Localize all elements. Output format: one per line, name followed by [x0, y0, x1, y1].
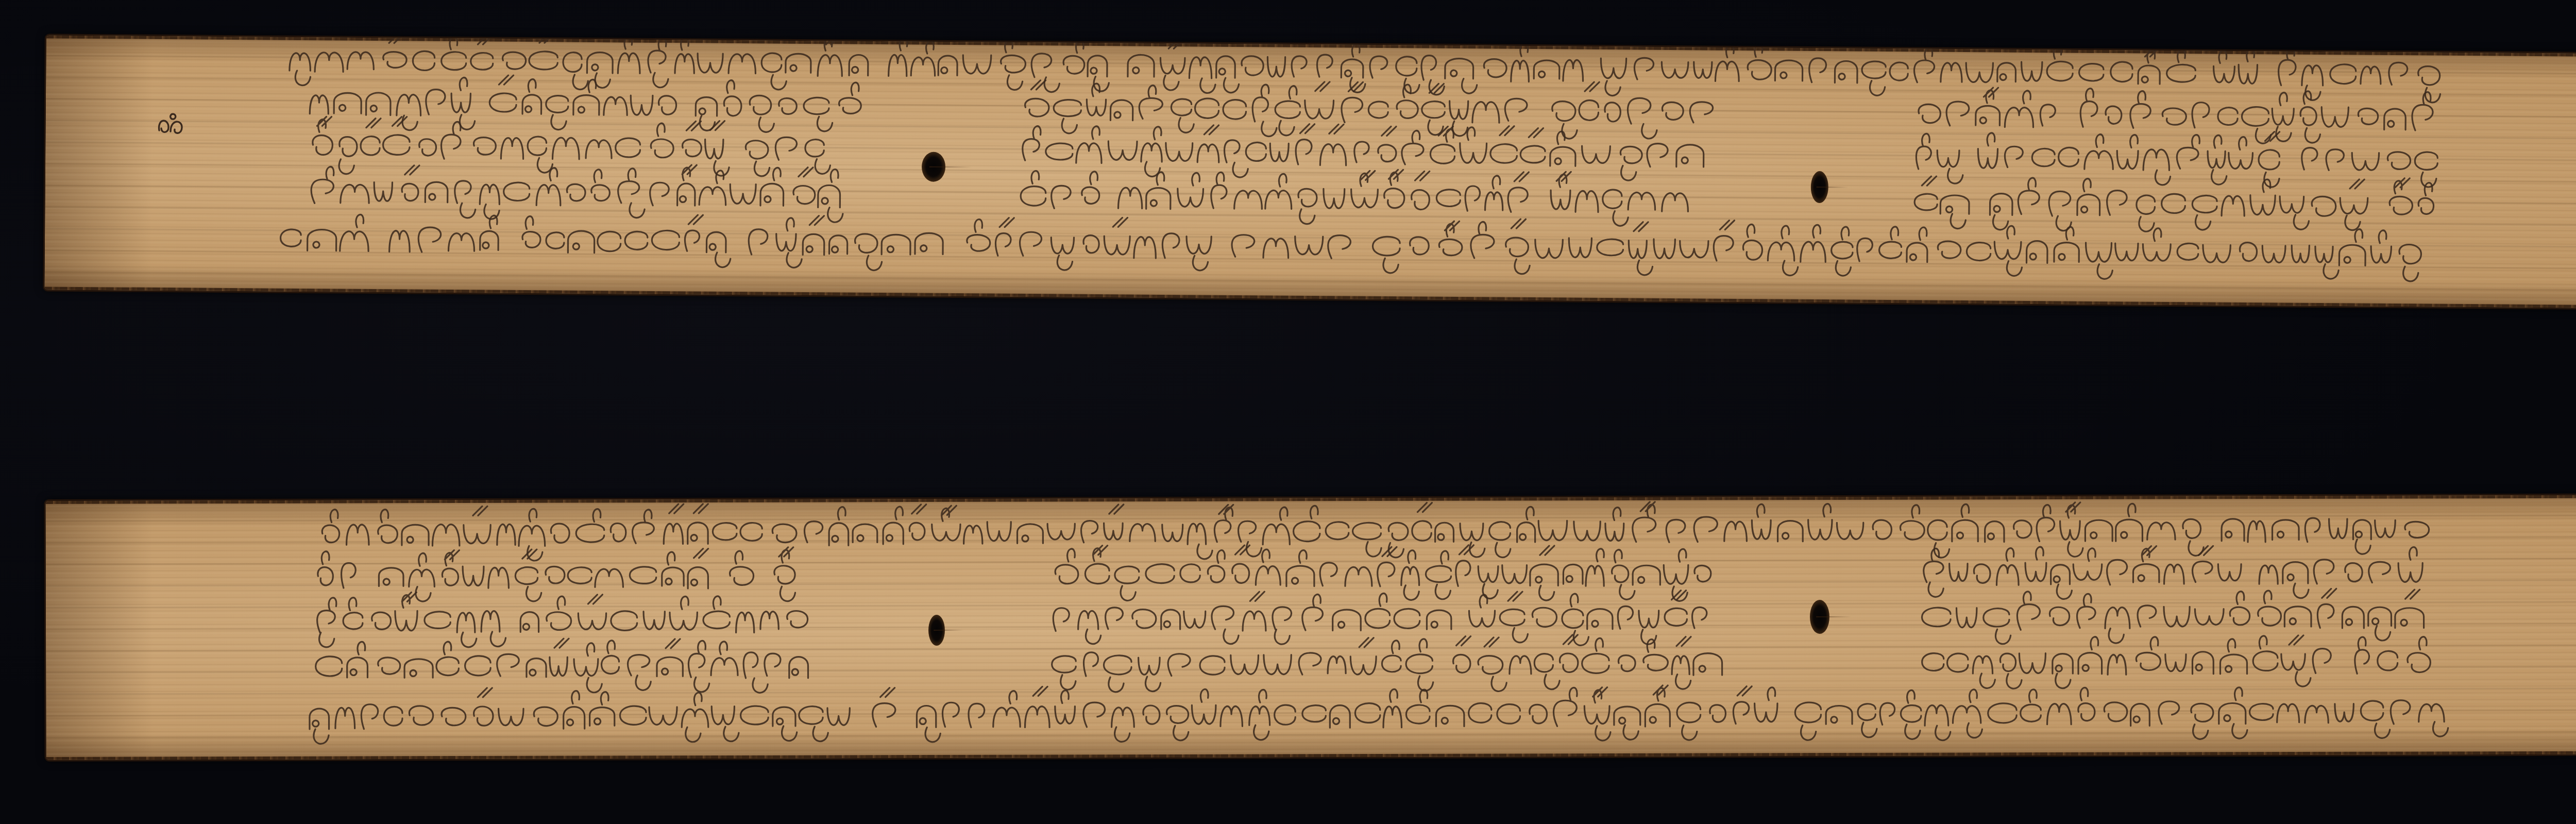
script-line-segment [317, 547, 795, 602]
script-line-segment [1020, 167, 1688, 227]
binding-hole-2 [1810, 171, 1828, 203]
script-line-segment [317, 591, 807, 647]
script-line-segment [322, 500, 2429, 561]
script-line-3 [312, 116, 2437, 189]
binding-hole-1 [928, 614, 944, 645]
script-line-segment [1022, 122, 1704, 181]
script-line-segment [1052, 634, 1722, 692]
binding-hole-2 [1809, 599, 1829, 633]
script-line-segment [1914, 175, 2433, 233]
script-line-segment [1923, 545, 2422, 599]
folio-marker [159, 114, 182, 133]
script-line-segment [1053, 590, 1707, 646]
script-line-1 [322, 500, 2429, 561]
script-line-segment [310, 74, 861, 133]
script-line-segment [1922, 588, 2424, 644]
script-line-segment [280, 210, 2421, 281]
script-text-layer [45, 495, 2576, 760]
binding-hole-1 [921, 152, 945, 182]
script-line-segment [312, 116, 831, 177]
script-line-5 [309, 683, 2448, 744]
script-line-3 [317, 587, 2424, 648]
palm-leaf-2 [45, 495, 2576, 760]
script-line-segment [309, 683, 2448, 744]
script-line-segment [1025, 78, 1713, 140]
script-line-2 [317, 542, 2422, 603]
script-line-5 [280, 210, 2421, 281]
script-line-2 [310, 73, 2433, 145]
script-line-segment [315, 638, 808, 694]
script-line-4 [311, 162, 2433, 233]
palm-leaf-1 [44, 35, 2576, 309]
script-line-segment [311, 162, 843, 222]
script-text-layer [44, 35, 2576, 309]
